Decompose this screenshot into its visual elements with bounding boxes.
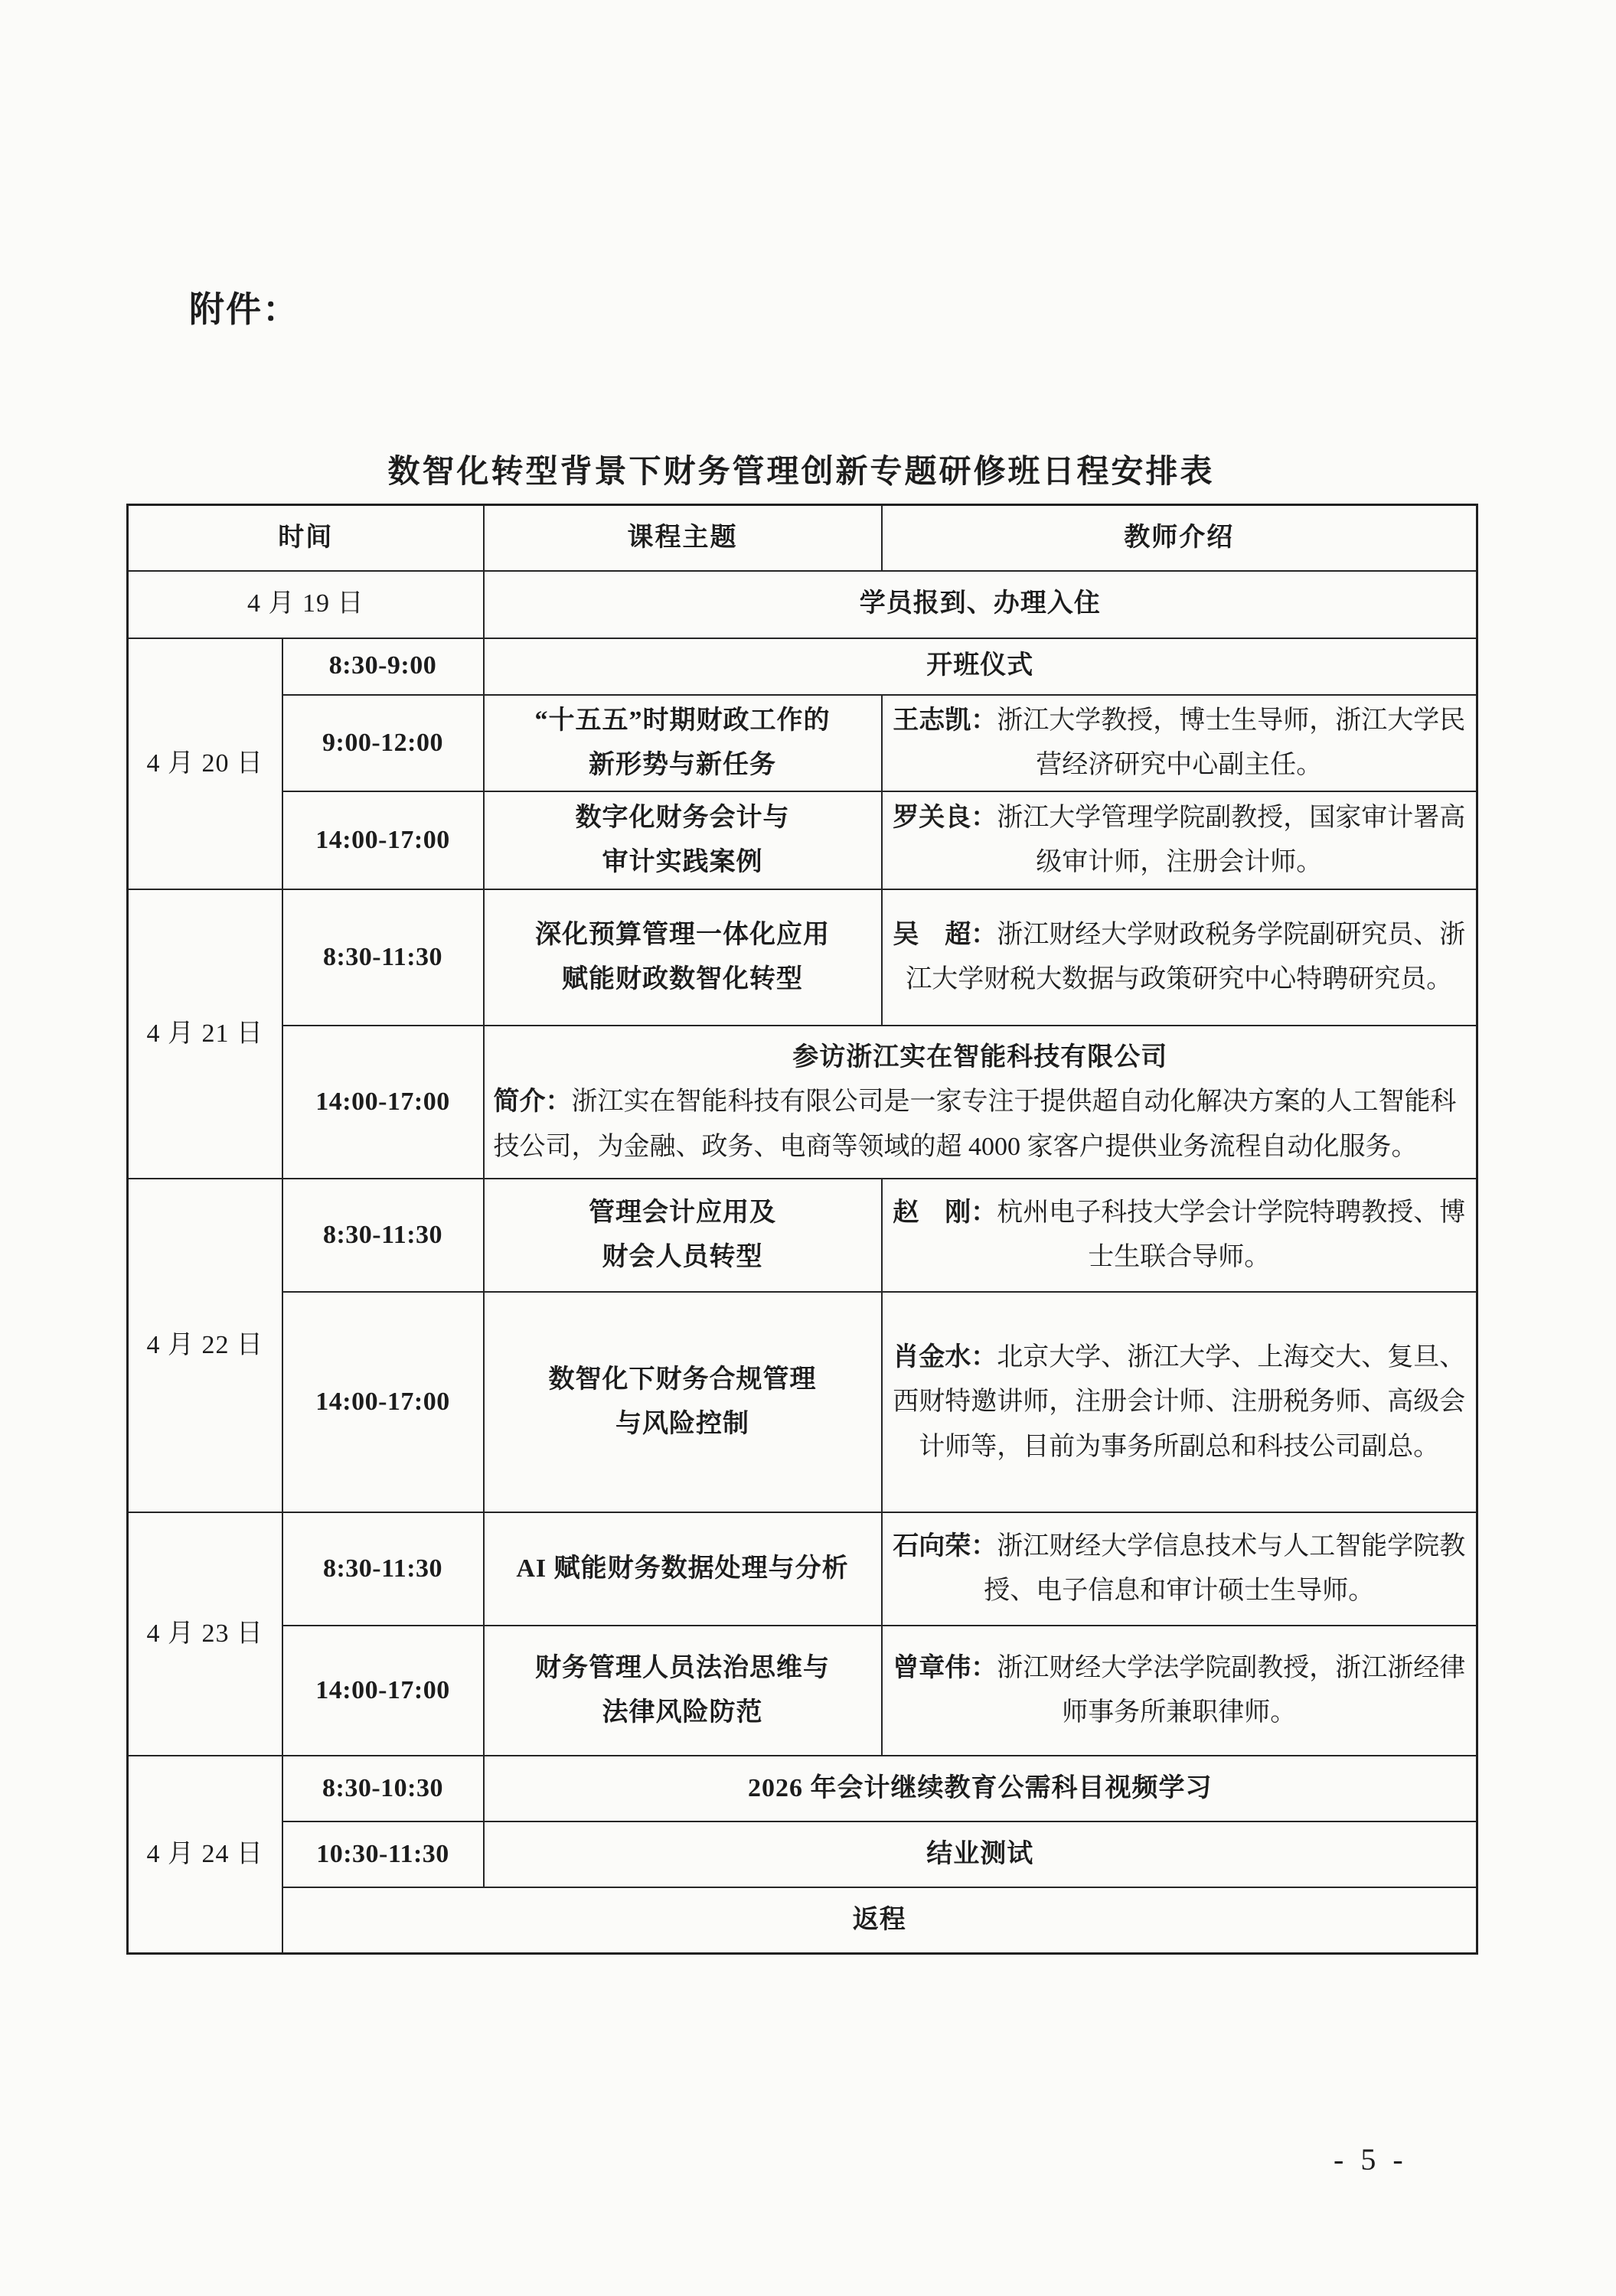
row-apr22-afternoon: 14:00-17:00 数智化下财务合规管理 与风险控制 肖金水：北京大学、浙江… bbox=[128, 1292, 1477, 1512]
topic-fiscal-work: “十五五”时期财政工作的 新形势与新任务 bbox=[484, 695, 882, 792]
teacher-zhaogang: 赵 刚：杭州电子科技大学会计学院特聘教授、博士生联合导师。 bbox=[882, 1179, 1477, 1292]
header-time: 时间 bbox=[128, 505, 484, 571]
row-apr24-return: 返程 bbox=[128, 1887, 1477, 1953]
time-apr22-s1: 8:30-11:30 bbox=[282, 1179, 484, 1292]
teacher-desc: 浙江财经大学信息技术与人工智能学院教授、电子信息和审计硕士生导师。 bbox=[984, 1532, 1465, 1605]
topic-compliance-risk: 数智化下财务合规管理 与风险控制 bbox=[484, 1292, 882, 1512]
event-final-test: 结业测试 bbox=[484, 1821, 1477, 1887]
teacher-desc: 杭州电子科技大学会计学院特聘教授、博士生联合导师。 bbox=[997, 1199, 1465, 1271]
row-apr20-opening: 4 月 20 日 8:30-9:00 开班仪式 bbox=[128, 638, 1477, 695]
teacher-name: 罗关良： bbox=[893, 804, 997, 832]
teacher-desc: 浙江大学教授，博士生导师，浙江大学民营经济研究中心副主任。 bbox=[997, 706, 1465, 779]
header-topic: 课程主题 bbox=[484, 505, 882, 571]
intro-text: 浙江实在智能科技有限公司是一家专注于提供超自动化解决方案的人工智能科技公司，为金… bbox=[494, 1088, 1457, 1160]
time-apr20-s1: 8:30-9:00 bbox=[282, 638, 484, 695]
date-apr23: 4 月 23 日 bbox=[128, 1512, 282, 1756]
row-apr20-afternoon: 14:00-17:00 数字化财务会计与 审计实践案例 罗关良：浙江大学管理学院… bbox=[128, 791, 1477, 889]
date-apr21: 4 月 21 日 bbox=[128, 889, 282, 1179]
teacher-name: 王志凯： bbox=[893, 706, 997, 735]
page-number: - 5 - bbox=[1334, 2141, 1408, 2177]
teacher-zengzhangwei: 曾章伟：浙江财经大学法学院副教授，浙江浙经律师事务所兼职律师。 bbox=[882, 1626, 1477, 1756]
time-apr24-s2: 10:30-11:30 bbox=[282, 1821, 484, 1887]
teacher-desc: 浙江财经大学法学院副教授，浙江浙经律师事务所兼职律师。 bbox=[997, 1654, 1465, 1727]
time-apr22-s2: 14:00-17:00 bbox=[282, 1292, 484, 1512]
visit-title: 参访浙江实在智能科技有限公司 bbox=[494, 1035, 1467, 1080]
table-header-row: 时间 课程主题 教师介绍 bbox=[128, 505, 1477, 571]
teacher-wangzhikai: 王志凯：浙江大学教授，博士生导师，浙江大学民营经济研究中心副主任。 bbox=[882, 695, 1477, 792]
teacher-name: 吴 超： bbox=[893, 921, 997, 949]
row-apr21-visit: 14:00-17:00 参访浙江实在智能科技有限公司 简介：浙江实在智能科技有限… bbox=[128, 1026, 1477, 1179]
teacher-name: 石向荣： bbox=[893, 1532, 997, 1561]
teacher-shixiangrong: 石向荣：浙江财经大学信息技术与人工智能学院教授、电子信息和审计硕士生导师。 bbox=[882, 1512, 1477, 1626]
teacher-desc: 浙江大学管理学院副教授，国家审计署高级审计师，注册会计师。 bbox=[997, 804, 1465, 876]
row-apr23-morning: 4 月 23 日 8:30-11:30 AI 赋能财务数据处理与分析 石向荣：浙… bbox=[128, 1512, 1477, 1626]
row-apr22-morning: 4 月 22 日 8:30-11:30 管理会计应用及 财会人员转型 赵 刚：杭… bbox=[128, 1179, 1477, 1292]
row-apr20-morning: 9:00-12:00 “十五五”时期财政工作的 新形势与新任务 王志凯：浙江大学… bbox=[128, 695, 1477, 792]
date-apr24: 4 月 24 日 bbox=[128, 1756, 282, 1953]
event-checkin: 学员报到、办理入住 bbox=[484, 571, 1477, 638]
row-apr24-test: 10:30-11:30 结业测试 bbox=[128, 1821, 1477, 1887]
teacher-name: 赵 刚： bbox=[893, 1199, 997, 1227]
row-apr24-video: 4 月 24 日 8:30-10:30 2026 年会计继续教育公需科目视频学习 bbox=[128, 1756, 1477, 1821]
topic-digital-accounting: 数字化财务会计与 审计实践案例 bbox=[484, 791, 882, 889]
date-apr22: 4 月 22 日 bbox=[128, 1179, 282, 1512]
time-apr20-s2: 9:00-12:00 bbox=[282, 695, 484, 792]
intro-label: 简介： bbox=[494, 1088, 572, 1116]
time-apr23-s1: 8:30-11:30 bbox=[282, 1512, 484, 1626]
header-teacher: 教师介绍 bbox=[882, 505, 1477, 571]
date-apr20: 4 月 20 日 bbox=[128, 638, 282, 890]
event-opening-ceremony: 开班仪式 bbox=[484, 638, 1477, 695]
topic-ai-data-analysis: AI 赋能财务数据处理与分析 bbox=[484, 1512, 882, 1626]
time-apr24-s1: 8:30-10:30 bbox=[282, 1756, 484, 1821]
row-apr23-afternoon: 14:00-17:00 财务管理人员法治思维与 法律风险防范 曾章伟：浙江财经大… bbox=[128, 1626, 1477, 1756]
teacher-name: 曾章伟： bbox=[893, 1654, 997, 1682]
teacher-xiaojinshui: 肖金水：北京大学、浙江大学、上海交大、复旦、西财特邀讲师，注册会计师、注册税务师… bbox=[882, 1292, 1477, 1512]
schedule-title: 数智化转型背景下财务管理创新专题研修班日程安排表 bbox=[126, 446, 1476, 492]
teacher-wuchao: 吴 超：浙江财经大学财政税务学院副研究员、浙江大学财税大数据与政策研究中心特聘研… bbox=[882, 889, 1477, 1026]
schedule-table: 时间 课程主题 教师介绍 4 月 19 日 学员报到、办理入住 4 月 20 日… bbox=[126, 504, 1478, 1955]
row-apr19: 4 月 19 日 学员报到、办理入住 bbox=[128, 571, 1477, 638]
date-apr19: 4 月 19 日 bbox=[128, 571, 484, 638]
topic-legal-thinking: 财务管理人员法治思维与 法律风险防范 bbox=[484, 1626, 882, 1756]
time-apr21-s1: 8:30-11:30 bbox=[282, 889, 484, 1026]
scanned-document-page: 附件： 数智化转型背景下财务管理创新专题研修班日程安排表 时间 课程主题 教师介… bbox=[0, 0, 1616, 2296]
teacher-name: 肖金水： bbox=[893, 1343, 997, 1371]
visit-intro: 简介：浙江实在智能科技有限公司是一家专注于提供超自动化解决方案的人工智能科技公司… bbox=[494, 1080, 1467, 1169]
event-continuing-education: 2026 年会计继续教育公需科目视频学习 bbox=[484, 1756, 1477, 1821]
event-return-trip: 返程 bbox=[282, 1887, 1477, 1953]
time-apr23-s2: 14:00-17:00 bbox=[282, 1626, 484, 1756]
attachment-label: 附件： bbox=[189, 282, 299, 332]
topic-budget-integration: 深化预算管理一体化应用 赋能财政数智化转型 bbox=[484, 889, 882, 1026]
time-apr20-s3: 14:00-17:00 bbox=[282, 791, 484, 889]
time-apr21-s2: 14:00-17:00 bbox=[282, 1026, 484, 1179]
teacher-luoguanliang: 罗关良：浙江大学管理学院副教授，国家审计署高级审计师，注册会计师。 bbox=[882, 791, 1477, 889]
topic-management-accounting: 管理会计应用及 财会人员转型 bbox=[484, 1179, 882, 1292]
row-apr21-morning: 4 月 21 日 8:30-11:30 深化预算管理一体化应用 赋能财政数智化转… bbox=[128, 889, 1477, 1026]
company-visit-cell: 参访浙江实在智能科技有限公司 简介：浙江实在智能科技有限公司是一家专注于提供超自… bbox=[484, 1026, 1477, 1179]
